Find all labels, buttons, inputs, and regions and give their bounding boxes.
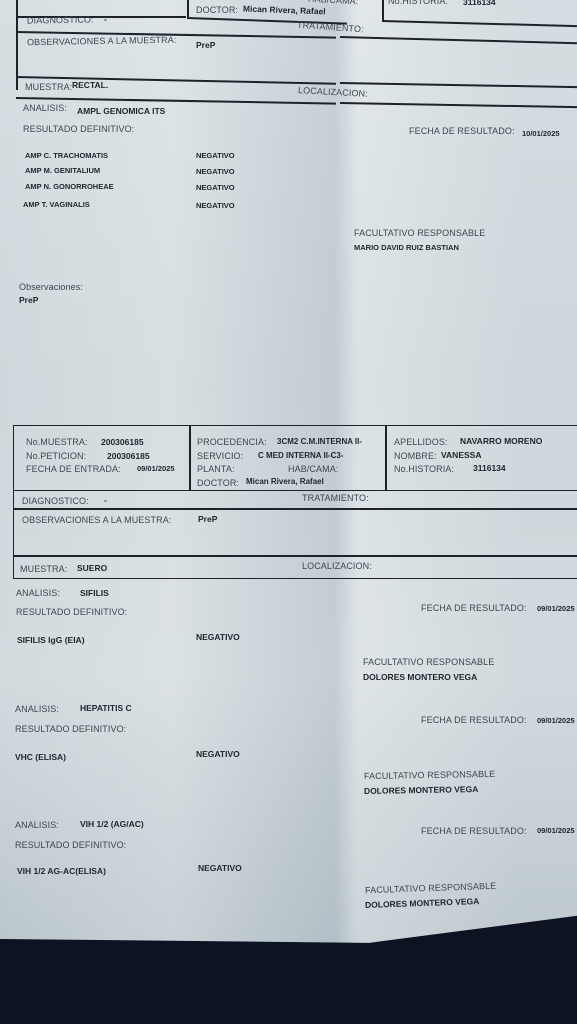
- test-name: VHC (ELISA): [15, 752, 66, 762]
- diagnostico-value: -: [104, 14, 107, 24]
- apellidos-label: APELLIDOS:: [394, 437, 448, 447]
- divider: [13, 555, 577, 557]
- observaciones-footer-value: PreP: [19, 295, 38, 305]
- historia-value: 3116134: [473, 463, 506, 473]
- resultado-label: RESULTADO DEFINITIVO:: [23, 124, 134, 134]
- test-result: NEGATIVO: [196, 167, 235, 176]
- analisis-value: SIFILIS: [80, 588, 109, 598]
- peticion-value: 200306185: [107, 451, 150, 461]
- resultado-label: RESULTADO DEFINITIVO:: [15, 840, 126, 850]
- fecha-entrada-label: FECHA DE ENTRADA:: [26, 464, 121, 474]
- test-result: NEGATIVO: [196, 632, 240, 642]
- procedencia-value: 3CM2 C.M.INTERNA II-: [277, 437, 362, 446]
- tratamiento-label: TRATAMIENTO:: [302, 493, 369, 503]
- observaciones-value: PreP: [198, 514, 217, 524]
- divider: [187, 0, 189, 17]
- nombre-label: NOMBRE:: [394, 451, 437, 461]
- fecha-value: 09/01/2025: [537, 826, 575, 835]
- doctor-label: DOCTOR:: [197, 478, 239, 488]
- divider: [382, 0, 384, 22]
- test-name: AMP N. GONORROHEAE: [25, 182, 114, 191]
- habcama-label: HAB/CAMA:: [288, 464, 338, 474]
- localizacion-label: LOCALIZACION:: [302, 561, 372, 571]
- test-result: NEGATIVO: [196, 151, 235, 160]
- facultativo-value: DOLORES MONTERO VEGA: [364, 784, 478, 796]
- planta-label: PLANTA:: [197, 464, 235, 474]
- test-result: NEGATIVO: [198, 863, 242, 873]
- facultativo-value: DOLORES MONTERO VEGA: [363, 672, 477, 682]
- muestra-no-label: No.MUESTRA:: [26, 437, 88, 447]
- divider: [13, 508, 577, 510]
- historia-label: No.HISTORIA:: [388, 0, 448, 6]
- fecha-label: FECHA DE RESULTADO:: [421, 826, 527, 836]
- resultado-label: RESULTADO DEFINITIVO:: [16, 607, 127, 617]
- fecha-label: FECHA DE RESULTADO:: [421, 715, 527, 725]
- analisis-label: ANALISIS:: [15, 704, 59, 714]
- muestra-value: SUERO: [77, 563, 107, 573]
- fecha-value: 09/01/2025: [537, 716, 575, 725]
- doctor-label: DOCTOR:: [196, 5, 238, 15]
- analisis-value: AMPL GENOMICA ITS: [77, 106, 165, 116]
- servicio-value: C MED INTERNA II-C3-: [258, 451, 343, 460]
- muestra-label: MUESTRA:: [25, 82, 72, 92]
- procedencia-label: PROCEDENCIA:: [197, 437, 267, 447]
- servicio-label: SERVICIO:: [197, 451, 243, 461]
- observaciones-footer-label: Observaciones:: [19, 282, 83, 292]
- diagnostico-label: DIAGNOSTICO:: [27, 14, 94, 25]
- peticion-label: No.PETICION:: [26, 451, 86, 461]
- test-name: VIH 1/2 AG-AC(ELISA): [17, 866, 106, 876]
- test-result: NEGATIVO: [196, 183, 235, 192]
- facultativo-label: FACULTATIVO RESPONSABLE: [363, 657, 494, 667]
- muestra-label: MUESTRA:: [20, 564, 67, 574]
- doctor-value: Mican Rivera, Rafael: [246, 477, 324, 486]
- analisis-label: ANALISIS:: [15, 820, 59, 830]
- analisis-label: ANALISIS:: [23, 103, 67, 113]
- fecha-value: 10/01/2025: [522, 129, 560, 138]
- observaciones-value: PreP: [196, 40, 215, 50]
- resultado-label: RESULTADO DEFINITIVO:: [15, 724, 126, 734]
- fecha-value: 09/01/2025: [537, 604, 575, 613]
- facultativo-value: MARIO DAVID RUIZ BASTIAN: [354, 243, 459, 252]
- fecha-label: FECHA DE RESULTADO:: [421, 603, 527, 613]
- historia-value: 3116134: [463, 0, 496, 7]
- test-result: NEGATIVO: [196, 749, 240, 759]
- test-name: AMP T. VAGINALIS: [23, 200, 90, 209]
- test-result: NEGATIVO: [196, 201, 235, 210]
- muestra-value: RECTAL.: [72, 80, 108, 90]
- divider: [189, 426, 191, 490]
- fecha-label: FECHA DE RESULTADO:: [409, 126, 515, 136]
- analisis-value: HEPATITIS C: [80, 703, 132, 713]
- muestra-no-value: 200306185: [101, 437, 144, 447]
- apellidos-value: NAVARRO MORENO: [460, 436, 542, 446]
- analisis-label: ANALISIS:: [16, 588, 60, 598]
- diagnostico-value: -: [104, 495, 107, 505]
- observaciones-label: OBSERVACIONES A LA MUESTRA:: [22, 515, 171, 525]
- diagnostico-label: DIAGNOSTICO:: [22, 496, 89, 506]
- historia-label: No.HISTORIA:: [394, 464, 454, 474]
- analisis-value: VIH 1/2 (AG/AC): [80, 819, 144, 829]
- test-name: AMP C. TRACHOMATIS: [25, 151, 108, 160]
- divider: [385, 426, 387, 490]
- facultativo-label: FACULTATIVO RESPONSABLE: [354, 228, 485, 238]
- test-name: AMP M. GENITALIUM: [25, 166, 100, 175]
- nombre-value: VANESSA: [441, 450, 481, 460]
- test-name: SIFILIS IgG (EIA): [17, 635, 85, 645]
- fecha-entrada-value: 09/01/2025: [137, 464, 175, 473]
